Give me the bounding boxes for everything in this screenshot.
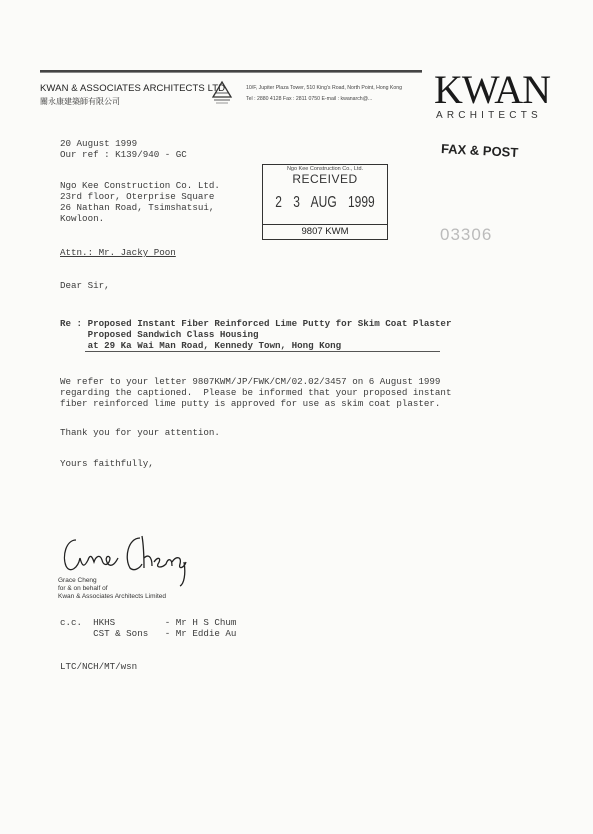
stamp-label: RECEIVED xyxy=(263,172,387,186)
letterhead-rule-thin xyxy=(40,72,422,73)
attention-line: Attn.: Mr. Jacky Poon xyxy=(60,247,176,259)
brand-subtitle: ARCHITECTS xyxy=(436,110,542,121)
delivery-method: FAX & POST xyxy=(441,141,519,160)
subject-line: Proposed Sandwich Class Housing xyxy=(60,329,258,341)
body-paragraph-line: We refer to your letter 9807KWM/JP/FWK/C… xyxy=(60,376,440,388)
triangle-logo-icon xyxy=(211,80,233,106)
brand-logo: KWAN xyxy=(434,70,550,110)
firm-name-en: KWAN & ASSOCIATES ARCHITECTS LTD xyxy=(40,83,225,94)
closing-line: Yours faithfully, xyxy=(60,458,154,470)
reference-initials: LTC/NCH/MT/wsn xyxy=(60,661,137,673)
cc-line: CST & Sons - Mr Eddie Au xyxy=(60,628,236,640)
our-ref: Our ref : K139/940 - GC xyxy=(60,149,187,161)
body-paragraph-line: regarding the captioned. Please be infor… xyxy=(60,387,451,399)
body-paragraph-line: fiber reinforced lime putty is approved … xyxy=(60,398,440,410)
firm-name-zh: 關永康建築師有限公司 xyxy=(40,96,120,107)
recipient-line: Kowloon. xyxy=(60,213,104,225)
thanks-line: Thank you for your attention. xyxy=(60,427,220,439)
firm-contact: Tel : 2880 4128 Fax : 2811 0750 E-mail :… xyxy=(246,96,372,102)
received-stamp: Ngo Kee Construction Co., Ltd. RECEIVED … xyxy=(262,164,388,240)
subject-underline xyxy=(85,351,440,352)
recipient-line: Ngo Kee Construction Co. Ltd. xyxy=(60,180,220,192)
salutation: Dear Sir, xyxy=(60,280,110,292)
cc-line: c.c. HKHS - Mr H S Chum xyxy=(60,617,236,629)
signatory-block: Grace Cheng for & on behalf of Kwan & As… xyxy=(58,577,166,600)
document-number: 03306 xyxy=(440,225,492,245)
recipient-line: 26 Nathan Road, Tsimshatsui, xyxy=(60,202,214,214)
letter-date: 20 August 1999 xyxy=(60,138,137,150)
recipient-line: 23rd floor, Oterprise Square xyxy=(60,191,214,203)
stamp-footer: 9807 KWM xyxy=(263,224,387,239)
subject-line: at 29 Ka Wai Man Road, Kennedy Town, Hon… xyxy=(60,340,341,352)
stamp-date: 2 3 AUG 1999 xyxy=(263,193,387,211)
subject-line: Re : Proposed Instant Fiber Reinforced L… xyxy=(60,318,451,330)
firm-address: 10/F, Jupiter Plaza Tower, 510 King's Ro… xyxy=(246,85,402,91)
